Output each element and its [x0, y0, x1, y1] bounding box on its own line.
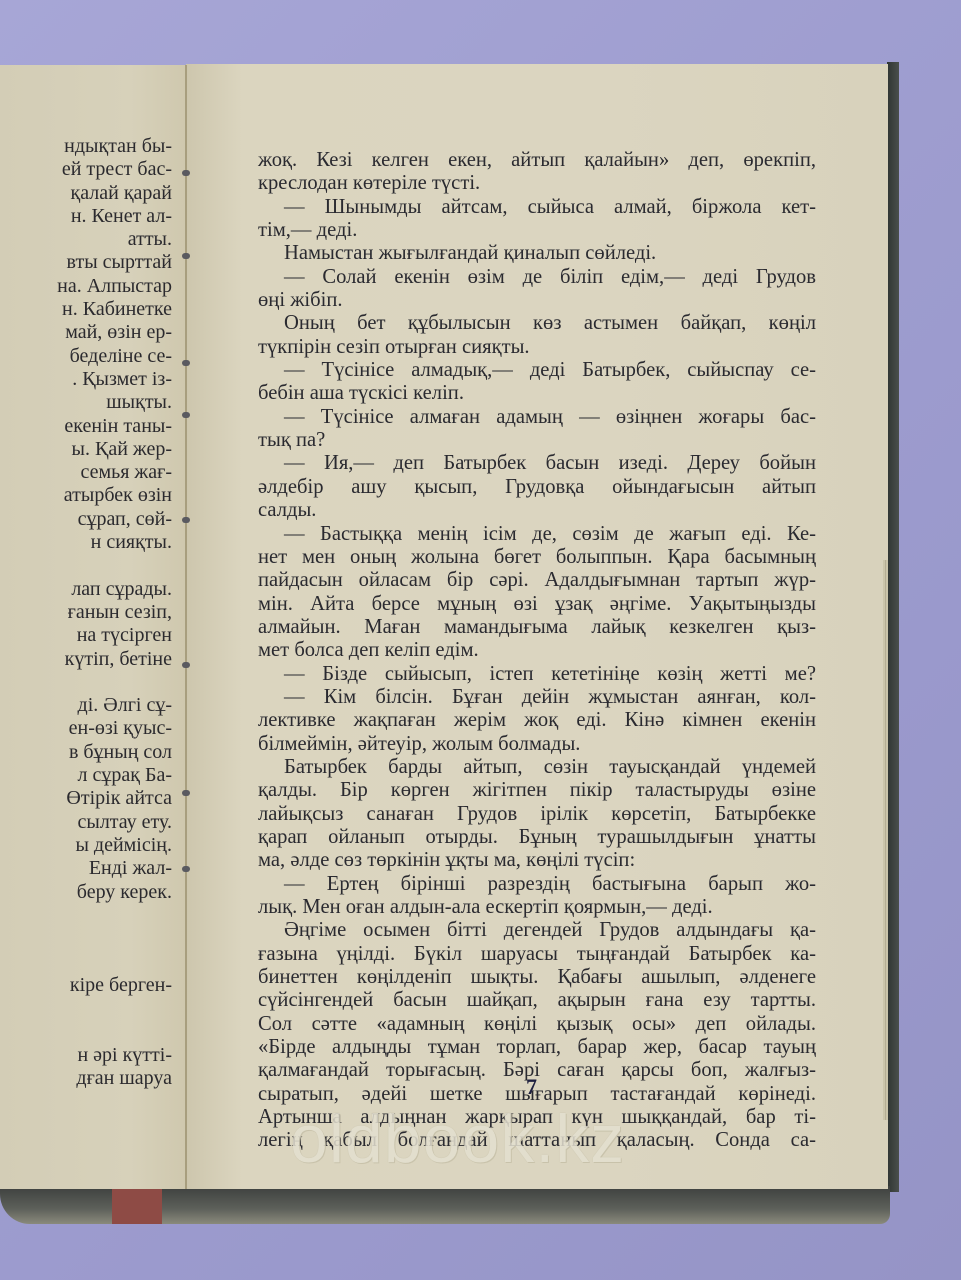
right-page-text: жоқ. Кезі келген екен, айтып қалайын» де…	[258, 149, 816, 1153]
cover-red-cloth-bottom	[112, 1186, 162, 1224]
text-line: күтіп, бетіне	[0, 648, 172, 671]
text-line: Намыстан жығылғандай қиналып сөйледі.	[258, 242, 816, 265]
text-line: лективке жақпаған жерім жоқ еді. Кінә кі…	[258, 709, 816, 732]
text-line: — Бастыққа менің ісім де, сөзім де жағып…	[258, 523, 816, 546]
text-line: ей трест бас-	[0, 158, 172, 181]
text-line: на түсірген	[0, 624, 172, 647]
book-cover-bottom-edge	[0, 1186, 890, 1224]
text-line: н. Кенет ал-	[0, 205, 172, 228]
left-page-text: ндықтан бы-ей трест бас-қалай қарайн. Ке…	[0, 135, 172, 1090]
text-line: н сияқты.	[0, 531, 172, 554]
text-line: сұрап, сөй-	[0, 508, 172, 531]
text-line: — Солай екенін өзім де біліп едім,— деді…	[258, 266, 816, 289]
text-line: ы. Қай жер-	[0, 438, 172, 461]
text-line: пайдасын ойласам бір сәрі. Адалдығымнан …	[258, 569, 816, 592]
text-line	[0, 554, 172, 577]
text-line: на. Алпыстар	[0, 275, 172, 298]
text-line: кіре берген-	[0, 974, 172, 997]
text-line: ен-өзі қуыс-	[0, 717, 172, 740]
text-line: қалмағандай торығасың. Бәрі саған қарсы …	[258, 1059, 816, 1082]
text-line: атты.	[0, 228, 172, 251]
text-line: қалды. Бір көрген жігітпен пікір таласты…	[258, 779, 816, 802]
text-line: лайықсыз санаған Грудов ірілік көрсетіп,…	[258, 803, 816, 826]
text-line: ма, әлде сөз төркінін ұқты ма, көңілі тү…	[258, 849, 816, 872]
text-line	[0, 1020, 172, 1043]
text-line: лық. Мен оған алдын-ала ескертіп қоярмын…	[258, 896, 816, 919]
text-line: өңі жібіп.	[258, 289, 816, 312]
text-line	[0, 950, 172, 973]
text-line: ы деймісің.	[0, 834, 172, 857]
text-line: екенін таны-	[0, 415, 172, 438]
text-line: л сұрақ Ба-	[0, 764, 172, 787]
text-line: қарап ойланып отырды. Бұның турашылдығын…	[258, 826, 816, 849]
text-line: ндықтан бы-	[0, 135, 172, 158]
stitch-hole	[182, 412, 190, 418]
text-line: ғанын сезіп,	[0, 601, 172, 624]
stitch-hole	[182, 866, 190, 872]
text-line: — Кім білсін. Бұған дейін жұмыстан аянға…	[258, 686, 816, 709]
book-gutter	[185, 65, 187, 1189]
text-line: мін. Айта берсе мұның өзі ұзақ әңгіме. У…	[258, 593, 816, 616]
text-line: атырбек өзін	[0, 484, 172, 507]
text-line: «Бірде алдыңды тұман торлап, барар жер, …	[258, 1036, 816, 1059]
text-line: креслодан көтеріле түсті.	[258, 172, 816, 195]
text-line	[0, 671, 172, 694]
page-number: 7	[526, 1074, 537, 1100]
text-line: сылтау ету.	[0, 811, 172, 834]
text-line: май, өзін ер-	[0, 321, 172, 344]
text-line: — Түсініce алмадық,— деді Батырбек, сыйы…	[258, 359, 816, 382]
text-line: қалай қарай	[0, 182, 172, 205]
text-line: білмеймін, әйтеуір, жолым болмады.	[258, 733, 816, 756]
text-line: дған шаруа	[0, 1067, 172, 1090]
text-line: Әңгіме осымен бітті дегендей Грудов алды…	[258, 919, 816, 942]
text-line: ді. Әлгі сұ-	[0, 694, 172, 717]
text-line: Батырбек барды айтып, сөзін тауысқандай …	[258, 756, 816, 779]
text-line: түкпірін сезіп отырған сияқты.	[258, 336, 816, 359]
text-line: жоқ. Кезі келген екен, айтып қалайын» де…	[258, 149, 816, 172]
text-line: әлдебір ашу қысып, Грудовқа ойындағысын …	[258, 476, 816, 499]
text-line: салды.	[258, 499, 816, 522]
text-line: семья жағ-	[0, 461, 172, 484]
text-line: тық па?	[258, 429, 816, 452]
text-line: в бұның сол	[0, 741, 172, 764]
book-cover-right-edge	[887, 62, 899, 1192]
stitch-hole	[182, 360, 190, 366]
text-line: Сол сәтте «адамның көңілі қызық осы» деп…	[258, 1013, 816, 1036]
text-line: вты сырттай	[0, 251, 172, 274]
text-line: шықты.	[0, 391, 172, 414]
text-line: — Шынымды айтсам, сыйыса алмай, біржола …	[258, 196, 816, 219]
text-line: н әрі күтті-	[0, 1044, 172, 1067]
text-line: беделіне се-	[0, 345, 172, 368]
text-line: . Қызмет із-	[0, 368, 172, 391]
text-line: мет болса деп келіп едім.	[258, 639, 816, 662]
text-line: — Түсініce алмаған адамың — өзіңнен жоға…	[258, 406, 816, 429]
text-line: — Ия,— деп Батырбек басын изеді. Дереу б…	[258, 452, 816, 475]
stitch-hole	[182, 253, 190, 259]
text-line: нет мен оның жолына бөгет болыппын. Қара…	[258, 546, 816, 569]
text-line: бинеттен көңілденіп шықты. Қабағы ашылып…	[258, 966, 816, 989]
text-line: лап сұрады.	[0, 578, 172, 601]
text-line: Енді жал-	[0, 857, 172, 880]
stitch-hole	[182, 662, 190, 668]
text-line: н. Кабинетке	[0, 298, 172, 321]
text-line: беру керек.	[0, 881, 172, 904]
text-line	[0, 927, 172, 950]
text-line: ғазына үңілді. Бүкіл шаруасы тыңғандай Б…	[258, 943, 816, 966]
watermark: oldbook.kz	[290, 1100, 625, 1178]
text-line: сүйсінгендей басын шайқап, ақырын ғана е…	[258, 989, 816, 1012]
stitch-hole	[182, 790, 190, 796]
text-line: — Бізде сыйысып, істеп кететініңе көзің …	[258, 663, 816, 686]
text-line	[0, 997, 172, 1020]
stitch-hole	[182, 170, 190, 176]
page-fore-edge	[883, 560, 888, 1120]
text-line: Оның бет құбылысын көз астымен байқап, к…	[258, 312, 816, 335]
text-line: бебін аша түскісі келіп.	[258, 382, 816, 405]
stitch-hole	[182, 517, 190, 523]
text-line: алмайын. Маған мамандығыма лайық кезкелг…	[258, 616, 816, 639]
text-line: Өтірік айтса	[0, 787, 172, 810]
text-line	[0, 904, 172, 927]
text-line: — Ертең бірінші разрездің бастығына бары…	[258, 873, 816, 896]
text-line: тім,— деді.	[258, 219, 816, 242]
